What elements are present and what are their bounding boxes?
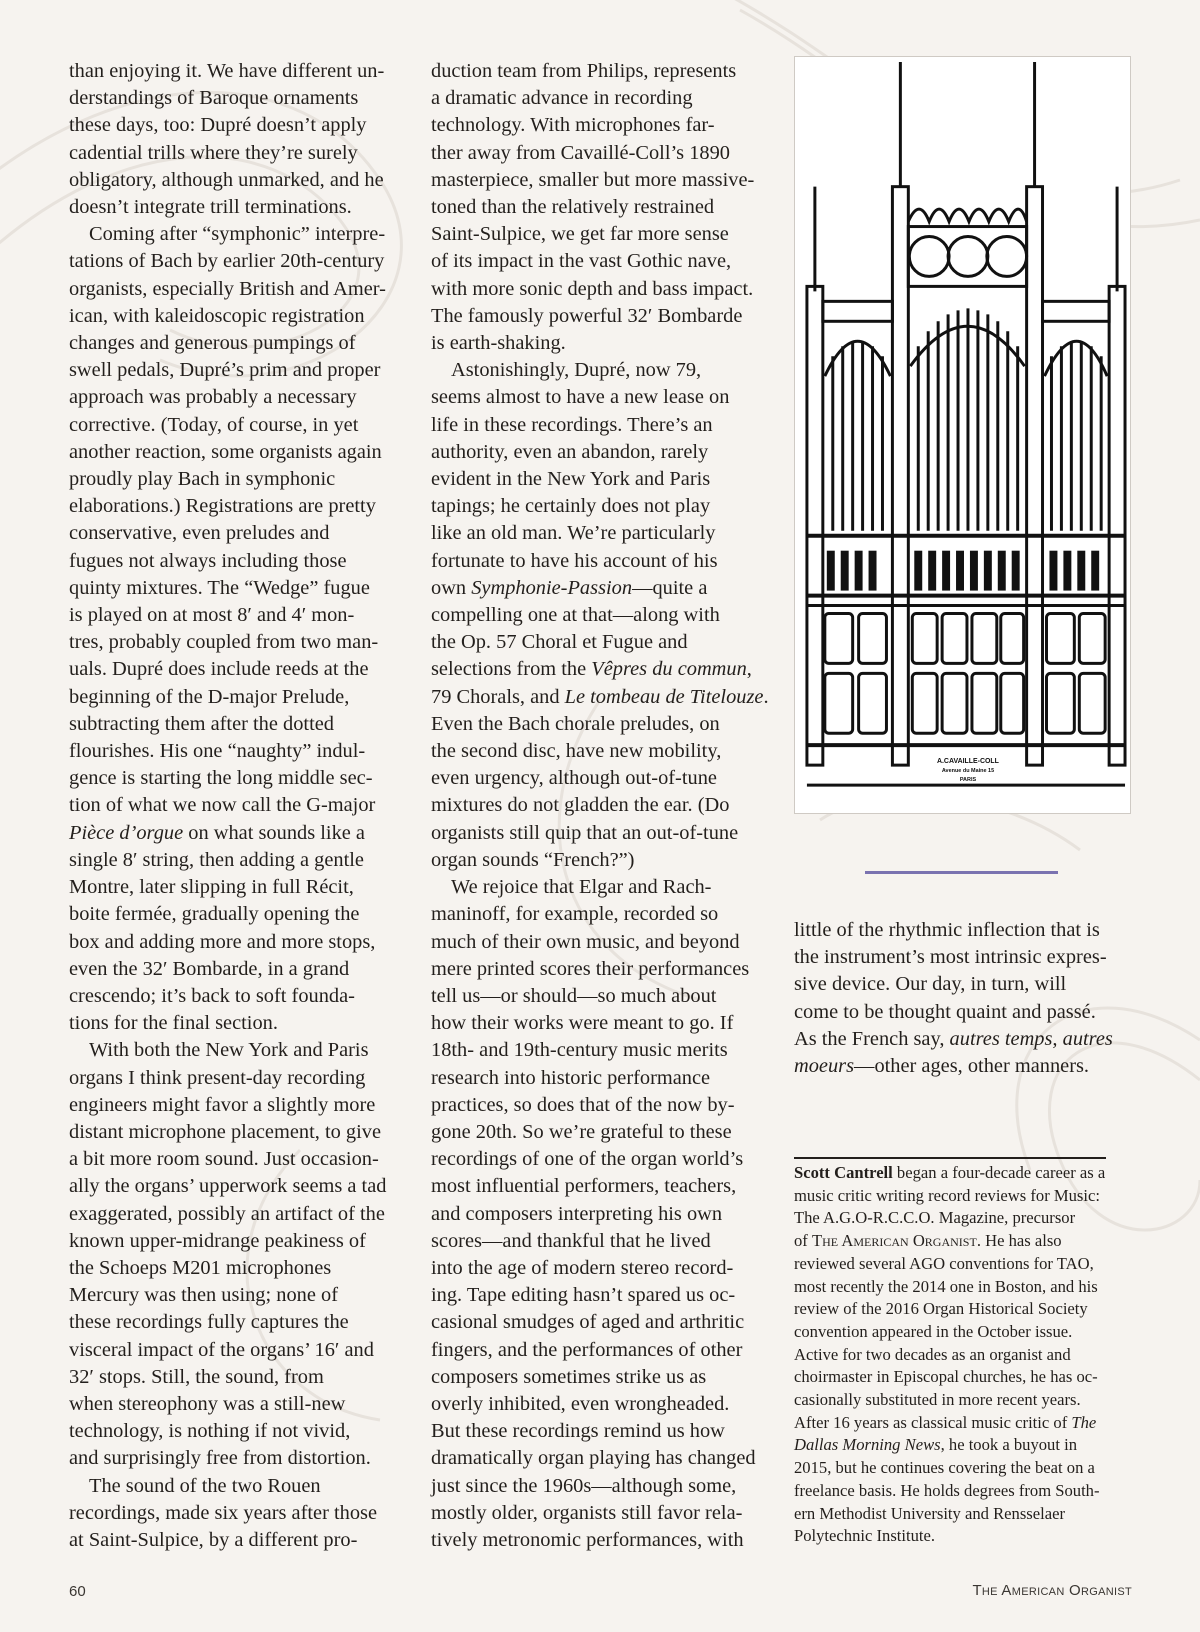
text-line: authority, even an abandon, rarely (431, 439, 771, 466)
text-line: distant microphone placement, to give (69, 1119, 399, 1146)
text-line: freelance basis. He holds degrees from S… (794, 1480, 1134, 1503)
text-line: dramatically organ playing has changed (431, 1445, 771, 1472)
organ-case-illustration: A.CAVAILLE-COLL Avenue du Maine 15 PARIS (795, 57, 1130, 813)
text-line: tively metronomic performances, with (431, 1527, 771, 1554)
text-line: moeurs—other ages, other manners. (794, 1053, 1134, 1080)
work-title: Vêpres du commun (591, 658, 747, 680)
svg-text:Avenue du Maine 15: Avenue du Maine 15 (942, 768, 994, 774)
publication-name: Dallas Morning News (794, 1435, 941, 1454)
publication-name: The American Organist (812, 1231, 977, 1250)
text-line: maninoff, for example, recorded so (431, 901, 771, 928)
text-line: the Op. 57 Choral et Fugue and (431, 629, 771, 656)
text-line: recordings of one of the organ world’s (431, 1146, 771, 1173)
text-line: mixtures do not gladden the ear. (Do (431, 792, 771, 819)
text-line: Saint-Sulpice, we get far more sense (431, 221, 771, 248)
text-line: research into historic performance (431, 1065, 771, 1092)
text-line: elaborations.) Registrations are pretty (69, 493, 399, 520)
text-line: life in these recordings. There’s an (431, 412, 771, 439)
text-line: tres, probably coupled from two man- (69, 629, 399, 656)
text-line: organists, especially British and Amer- (69, 276, 399, 303)
text-line: seems almost to have a new lease on (431, 384, 771, 411)
text-line: 79 Chorals, and Le tombeau de Titelouze. (431, 684, 771, 711)
text-line: 2015, but he continues covering the beat… (794, 1457, 1134, 1480)
text-line: these recordings fully captures the (69, 1309, 399, 1336)
text-line: tions for the final section. (69, 1010, 399, 1037)
article-column-2: duction team from Philips, represents a … (431, 58, 771, 1554)
text-line: with more sonic depth and bass impact. (431, 276, 771, 303)
text-line: As the French say, autres temps, autres (794, 1026, 1134, 1053)
text-line: swell pedals, Dupré’s prim and proper (69, 357, 399, 384)
text-line: music critic writing record reviews for … (794, 1185, 1134, 1208)
french-phrase: moeurs (794, 1055, 854, 1077)
text-line: Mercury was then using; none of (69, 1282, 399, 1309)
text-line: duction team from Philips, represents (431, 58, 771, 85)
text-line: tapings; he certainly does not play (431, 493, 771, 520)
text-line: own Symphonie-Passion—quite a (431, 575, 771, 602)
text-line: organ sounds “French?”) (431, 847, 771, 874)
paragraph-start: With both the New York and Paris (69, 1037, 399, 1064)
text-line: a bit more room sound. Just occasion- (69, 1146, 399, 1173)
text-line: obligatory, although unmarked, and he (69, 167, 399, 194)
text-line: The A.G.O-R.C.C.O. Magazine, precursor (794, 1207, 1134, 1230)
text-line: Even the Bach chorale preludes, on (431, 711, 771, 738)
text-line: overly inhibited, even wrongheaded. (431, 1391, 771, 1418)
text-line: sive device. Our day, in turn, will (794, 971, 1134, 998)
text-line: tell us—or should—so much about (431, 983, 771, 1010)
text-line: organs I think present-day recording (69, 1065, 399, 1092)
text-line: fortunate to have his account of his (431, 548, 771, 575)
text-line: engineers might favor a slightly more (69, 1092, 399, 1119)
text-line: doesn’t integrate trill terminations. (69, 194, 399, 221)
paragraph-start: Astonishingly, Dupré, now 79, (431, 357, 771, 384)
text-line: masterpiece, smaller but more massive- (431, 167, 771, 194)
text-line: After 16 years as classical music critic… (794, 1412, 1134, 1435)
text-line: beginning of the D-major Prelude, (69, 684, 399, 711)
text-line: quinty mixtures. The “Wedge” fugue (69, 575, 399, 602)
text-line: is earth-shaking. (431, 330, 771, 357)
text-line: most influential performers, teachers, (431, 1173, 771, 1200)
text-line: these days, too: Dupré doesn’t apply (69, 112, 399, 139)
text-line: review of the 2016 Organ Historical Soci… (794, 1298, 1134, 1321)
text-line: tations of Bach by earlier 20th-century (69, 248, 399, 275)
text-line: casional smudges of aged and arthritic (431, 1309, 771, 1336)
text-line: even urgency, although out-of-tune (431, 765, 771, 792)
text-line: even the 32′ Bombarde, in a grand (69, 956, 399, 983)
page-number: 60 (69, 1583, 86, 1600)
section-divider (865, 871, 1058, 874)
text-line: reviewed several AGO conventions for TAO… (794, 1253, 1134, 1276)
text-line: corrective. (Today, of course, in yet (69, 412, 399, 439)
text-line: of The American Organist. He has also (794, 1230, 1134, 1253)
paragraph-start: We rejoice that Elgar and Rach- (431, 874, 771, 901)
text-line: gone 20th. So we’re grateful to these (431, 1119, 771, 1146)
text-line: than enjoying it. We have different un- (69, 58, 399, 85)
work-title: Le tombeau de Titelouze (565, 686, 764, 708)
text-line: the second disc, have new mobility, (431, 738, 771, 765)
text-line: mere printed scores their performances (431, 956, 771, 983)
paragraph-start: Coming after “symphonic” interpre- (69, 221, 399, 248)
text-line: most recently the 2014 one in Boston, an… (794, 1276, 1134, 1299)
text-line: ican, with kaleidoscopic registration (69, 303, 399, 330)
text-line: Scott Cantrell began a four-decade caree… (794, 1162, 1134, 1185)
running-footer-title: The American Organist (972, 1582, 1132, 1599)
text-line: conservative, even preludes and (69, 520, 399, 547)
text-line: choirmaster in Episcopal churches, he ha… (794, 1366, 1134, 1389)
text-line: and surprisingly free from distortion. (69, 1445, 399, 1472)
article-column-3: little of the rhythmic inflection that i… (794, 917, 1134, 1080)
text-line: how their works were meant to go. If (431, 1010, 771, 1037)
text-line: proudly play Bach in symphonic (69, 466, 399, 493)
text-line: Polytechnic Institute. (794, 1525, 1134, 1548)
text-line: compelling one at that—along with (431, 602, 771, 629)
author-bio: Scott Cantrell began a four-decade caree… (794, 1162, 1134, 1548)
text-line: boite fermée, gradually opening the (69, 901, 399, 928)
text-line: convention appeared in the October issue… (794, 1321, 1134, 1344)
text-line: known upper-midrange peakiness of (69, 1228, 399, 1255)
text-line: tion of what we now call the G-major (69, 792, 399, 819)
work-title: Symphonie-Passion (471, 577, 632, 599)
text-line: selections from the Vêpres du commun, (431, 656, 771, 683)
work-title: Pièce d’orgue (69, 822, 183, 844)
svg-text:A.CAVAILLE-COLL: A.CAVAILLE-COLL (937, 758, 1000, 765)
text-line: of its impact in the vast Gothic nave, (431, 248, 771, 275)
text-line: little of the rhythmic inflection that i… (794, 917, 1134, 944)
text-line: at Saint-Sulpice, by a different pro- (69, 1527, 399, 1554)
text-line: box and adding more and more stops, (69, 929, 399, 956)
text-line: flourishes. His one “naughty” indul- (69, 738, 399, 765)
text-line: a dramatic advance in recording (431, 85, 771, 112)
text-line: evident in the New York and Paris (431, 466, 771, 493)
text-line: recordings, made six years after those (69, 1500, 399, 1527)
text-line: visceral impact of the organs’ 16′ and (69, 1337, 399, 1364)
bio-divider (794, 1157, 1106, 1159)
text-line: ing. Tape editing hasn’t spared us oc- (431, 1282, 771, 1309)
organ-engraving-figure: A.CAVAILLE-COLL Avenue du Maine 15 PARIS (794, 56, 1131, 814)
article-column-1: than enjoying it. We have different un- … (69, 58, 399, 1554)
text-line: just since the 1960s—although some, (431, 1473, 771, 1500)
text-line: when stereophony was a still-new (69, 1391, 399, 1418)
text-line: casionally substituted in more recent ye… (794, 1389, 1134, 1412)
text-line: the Schoeps M201 microphones (69, 1255, 399, 1282)
text-line: ern Methodist University and Rensselaer (794, 1503, 1134, 1526)
text-line: approach was probably a necessary (69, 384, 399, 411)
paragraph-start: The sound of the two Rouen (69, 1473, 399, 1500)
text-line: organists still quip that an out-of-tune (431, 820, 771, 847)
text-line: exaggerated, possibly an artifact of the (69, 1201, 399, 1228)
text-line: come to be thought quaint and passé. (794, 999, 1134, 1026)
text-line: technology. With microphones far- (431, 112, 771, 139)
text-line: mostly older, organists still favor rela… (431, 1500, 771, 1527)
text-line: crescendo; it’s back to soft founda- (69, 983, 399, 1010)
text-line: toned than the relatively restrained (431, 194, 771, 221)
svg-text:PARIS: PARIS (960, 777, 977, 783)
text-line: gence is starting the long middle sec- (69, 765, 399, 792)
text-line: subtracting them after the dotted (69, 711, 399, 738)
text-line: Montre, later slipping in full Récit, (69, 874, 399, 901)
text-line: 18th- and 19th-century music merits (431, 1037, 771, 1064)
text-line: into the age of modern stereo record- (431, 1255, 771, 1282)
text-line: composers sometimes strike us as (431, 1364, 771, 1391)
text-line: another reaction, some organists again (69, 439, 399, 466)
text-line: fingers, and the performances of other (431, 1337, 771, 1364)
text-line: derstandings of Baroque ornaments (69, 85, 399, 112)
text-line: But these recordings remind us how (431, 1418, 771, 1445)
author-name: Scott Cantrell (794, 1163, 893, 1182)
text-line: The famously powerful 32′ Bombarde (431, 303, 771, 330)
text-line: the instrument’s most intrinsic expres- (794, 944, 1134, 971)
text-line: is played on at most 8′ and 4′ mon- (69, 602, 399, 629)
text-line: technology, is nothing if not vivid, (69, 1418, 399, 1445)
text-line: single 8′ string, then adding a gentle (69, 847, 399, 874)
publication-name: The (1071, 1413, 1096, 1432)
text-line: and composers interpreting his own (431, 1201, 771, 1228)
text-line: ther away from Cavaillé-Coll’s 1890 (431, 140, 771, 167)
text-line: practices, so does that of the now by- (431, 1092, 771, 1119)
text-line: changes and generous pumpings of (69, 330, 399, 357)
text-line: Active for two decades as an organist an… (794, 1344, 1134, 1367)
text-line: uals. Dupré does include reeds at the (69, 656, 399, 683)
text-line: 32′ stops. Still, the sound, from (69, 1364, 399, 1391)
text-line: fugues not always including those (69, 548, 399, 575)
text-line: cadential trills where they’re surely (69, 140, 399, 167)
french-phrase: autres temps, autres (950, 1028, 1113, 1050)
text-line: Pièce d’orgue on what sounds like a (69, 820, 399, 847)
text-line: Dallas Morning News, he took a buyout in (794, 1434, 1134, 1457)
text-line: much of their own music, and beyond (431, 929, 771, 956)
text-line: like an old man. We’re particularly (431, 520, 771, 547)
text-line: scores—and thankful that he lived (431, 1228, 771, 1255)
text-line: ally the organs’ upperwork seems a tad (69, 1173, 399, 1200)
